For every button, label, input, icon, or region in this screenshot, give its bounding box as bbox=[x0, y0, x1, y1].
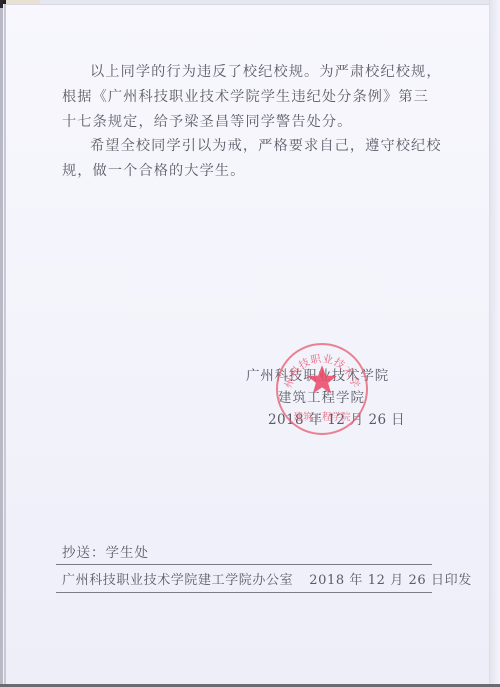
cc-line: 抄送：学生处 bbox=[62, 541, 149, 561]
cc-label: 抄送： bbox=[62, 545, 106, 561]
cc-recipient: 学生处 bbox=[106, 545, 150, 561]
scan-edge-right bbox=[489, 0, 500, 687]
signature-department: 建筑工程学院 bbox=[240, 387, 410, 409]
signature-block: 广州科技职业技术学院 建筑工程学院 2018 年 12 月 26 日 bbox=[240, 365, 410, 431]
body-paragraph-penalty: 以上同学的行为违反了校纪校规。为严肃校纪校规，根据《广州科技职业技术学院学生违纪… bbox=[62, 60, 442, 135]
issuing-office: 广州科技职业技术学院建工学院办公室 bbox=[62, 569, 293, 588]
footer-rule-top bbox=[56, 564, 432, 565]
signature-organization: 广州科技职业技术学院 bbox=[240, 365, 410, 387]
imprint-line: 广州科技职业技术学院建工学院办公室 2018 年 12 月 26 日印发 bbox=[62, 569, 432, 588]
footer-rule-bottom bbox=[56, 592, 432, 593]
print-date: 2018 年 12 月 26 日印发 bbox=[309, 569, 472, 588]
signature-date: 2018 年 12 月 26 日 bbox=[240, 409, 410, 431]
scan-edge-left bbox=[0, 0, 3, 687]
body-paragraph-exhortation: 希望全校同学引以为戒，严格要求自己，遵守校纪校规，做一个合格的大学生。 bbox=[62, 134, 442, 184]
